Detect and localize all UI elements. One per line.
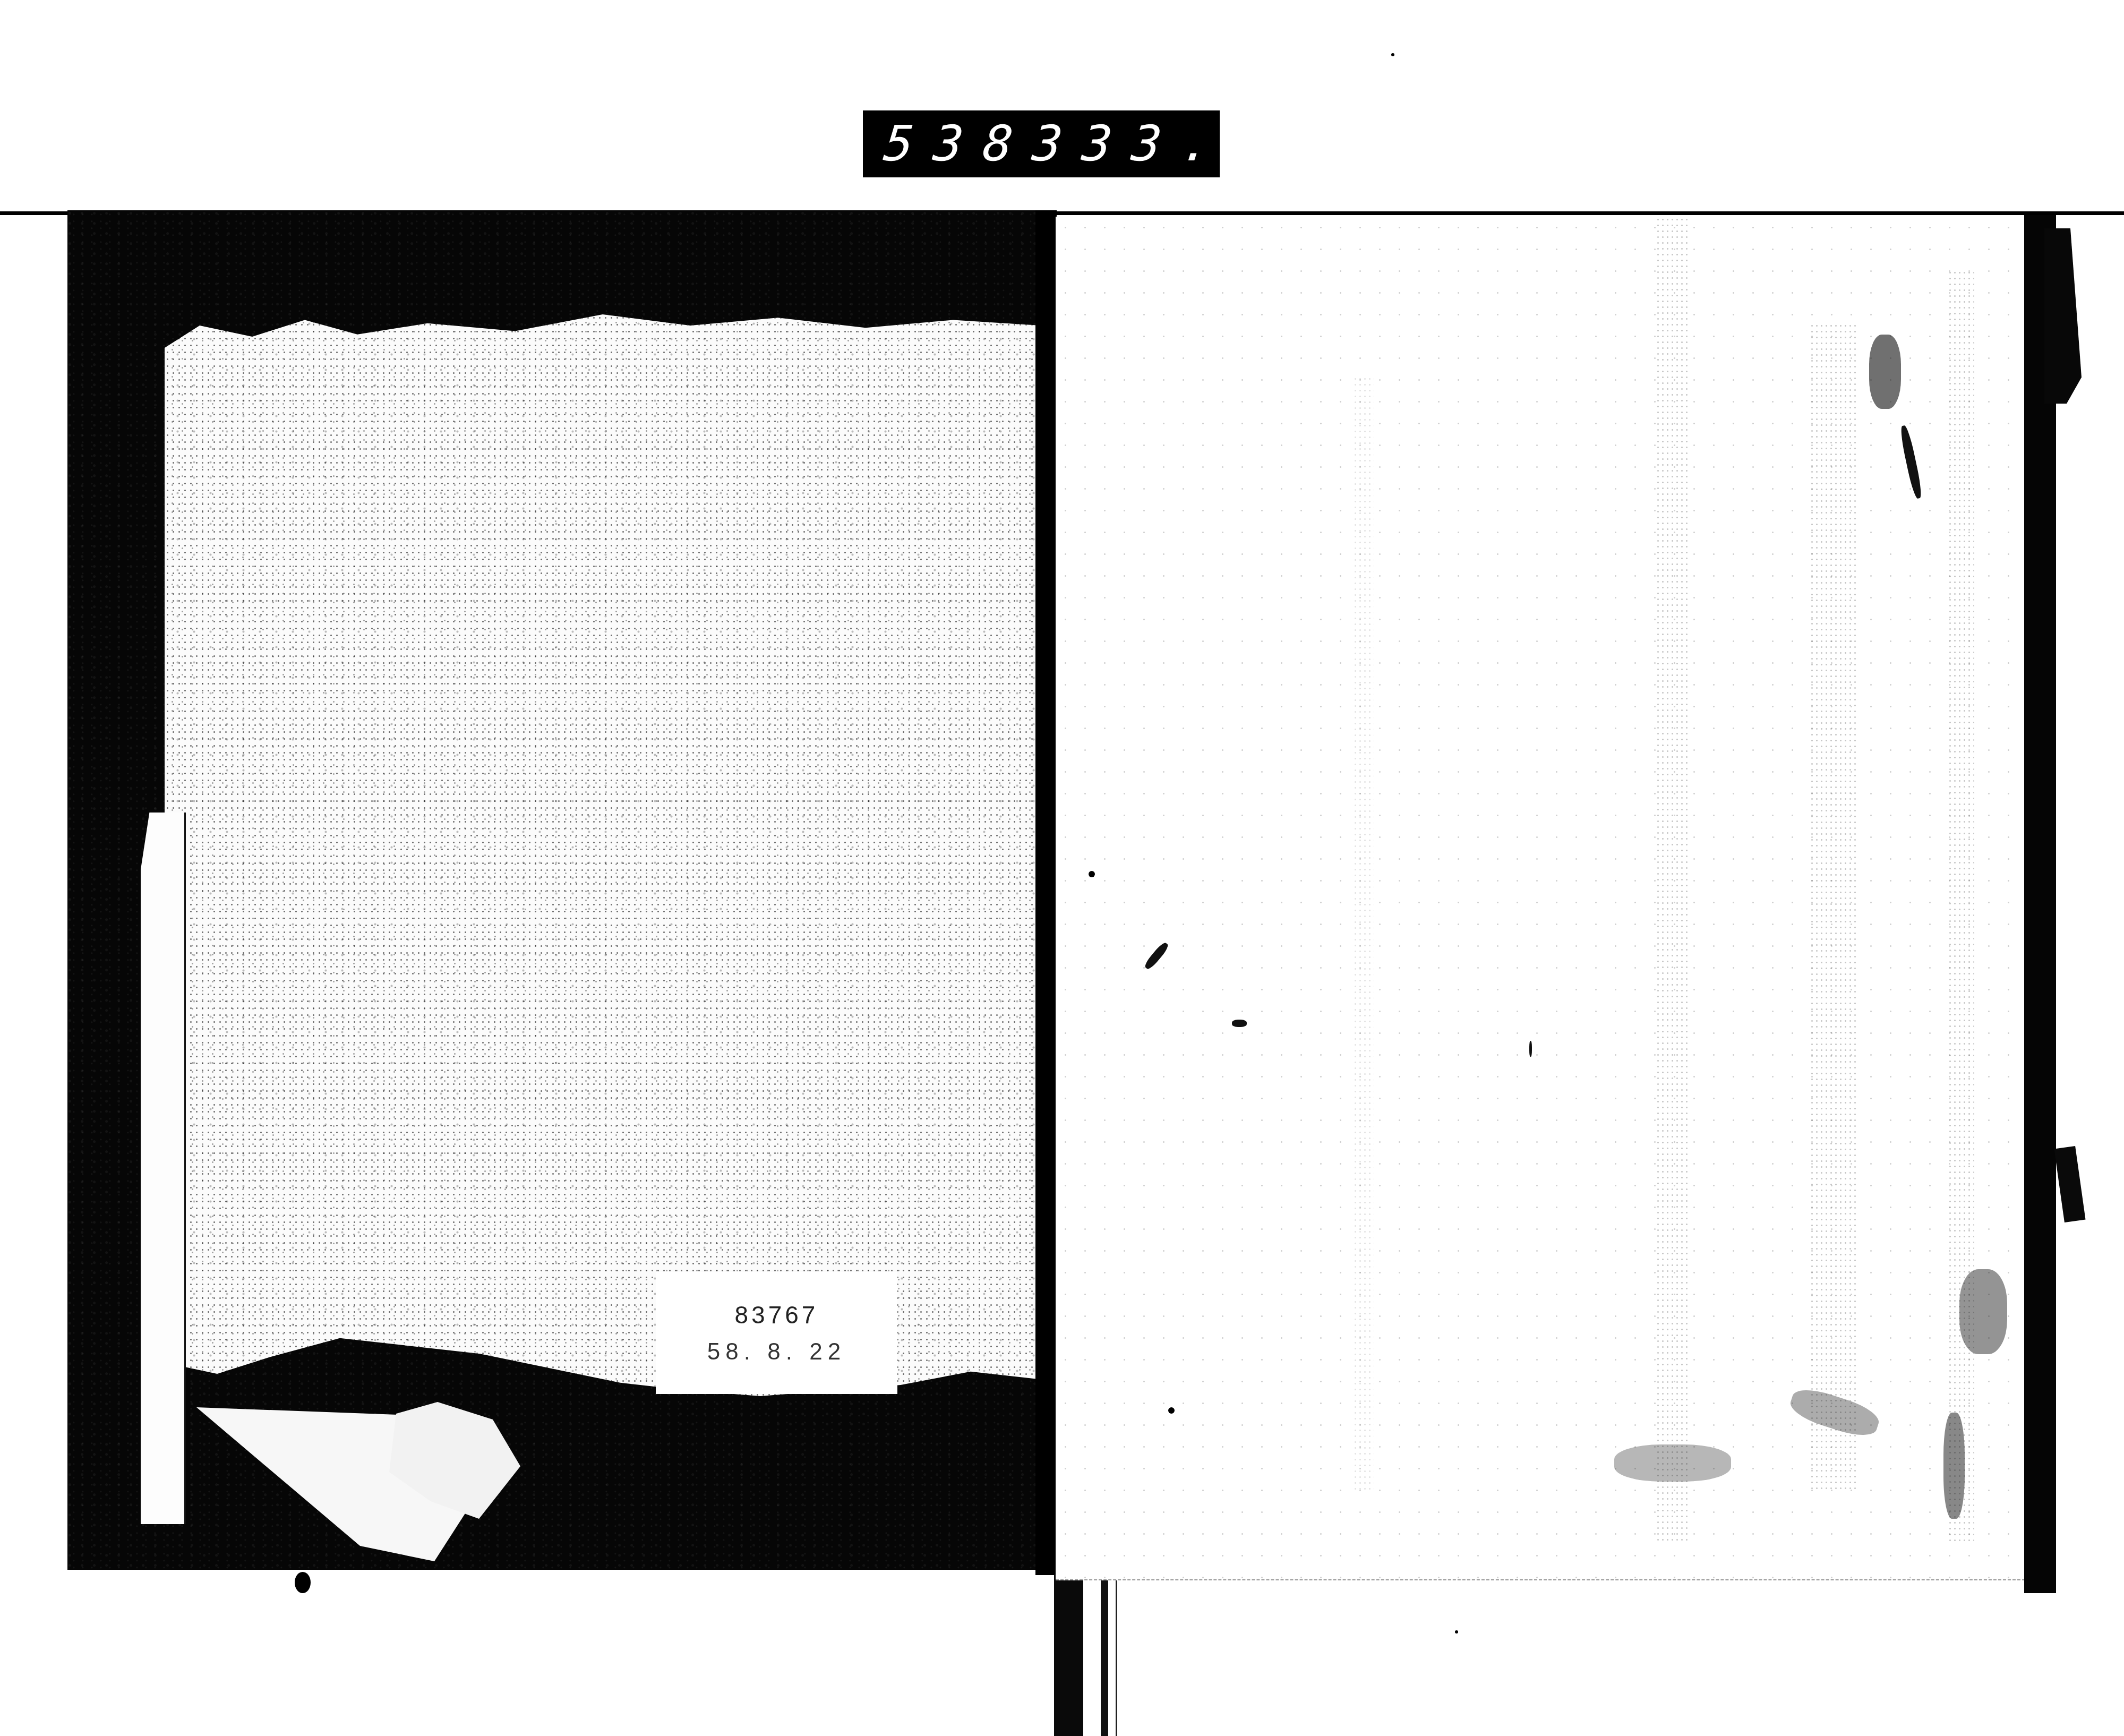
spine-edge-line xyxy=(1116,1580,1117,1736)
pasted-endpaper xyxy=(165,314,1041,1430)
show-through-band xyxy=(1353,376,1374,1491)
blank-flyleaf xyxy=(1056,217,2030,1580)
spine-edge xyxy=(1054,1575,1083,1736)
stain-mark xyxy=(1959,1269,2007,1354)
fore-edge-flap xyxy=(2044,228,2082,404)
fore-edge-tab xyxy=(2054,1146,2085,1222)
speck xyxy=(1089,871,1095,877)
speck xyxy=(1455,1630,1458,1634)
frame-left-number: 538 xyxy=(881,119,1035,168)
stain-mark xyxy=(1529,1041,1532,1057)
gutter-shadow xyxy=(1035,210,1057,1575)
spine-edge-strip xyxy=(1101,1580,1108,1736)
speck xyxy=(1168,1407,1175,1414)
speck xyxy=(1391,53,1394,56)
library-accession-label: 83767 58. 8. 22 xyxy=(656,1272,897,1394)
fore-edge-strip xyxy=(2024,215,2056,1593)
show-through-band xyxy=(1656,217,1688,1544)
accession-number: 83767 xyxy=(735,1301,819,1329)
show-through-band xyxy=(1948,270,1974,1544)
stain-mark xyxy=(1614,1444,1731,1482)
show-through-band xyxy=(1810,323,1857,1491)
flap-edge-line xyxy=(184,813,186,1524)
accession-date: 58. 8. 22 xyxy=(707,1339,846,1365)
frame-number-label: 538 333. xyxy=(863,110,1220,177)
folded-flap xyxy=(141,813,184,1524)
stain-mark xyxy=(1232,1020,1247,1027)
frame-right-number: 333. xyxy=(1030,119,1234,168)
stain-mark xyxy=(1943,1413,1965,1519)
stain-mark xyxy=(1869,335,1901,409)
speck xyxy=(295,1572,311,1593)
